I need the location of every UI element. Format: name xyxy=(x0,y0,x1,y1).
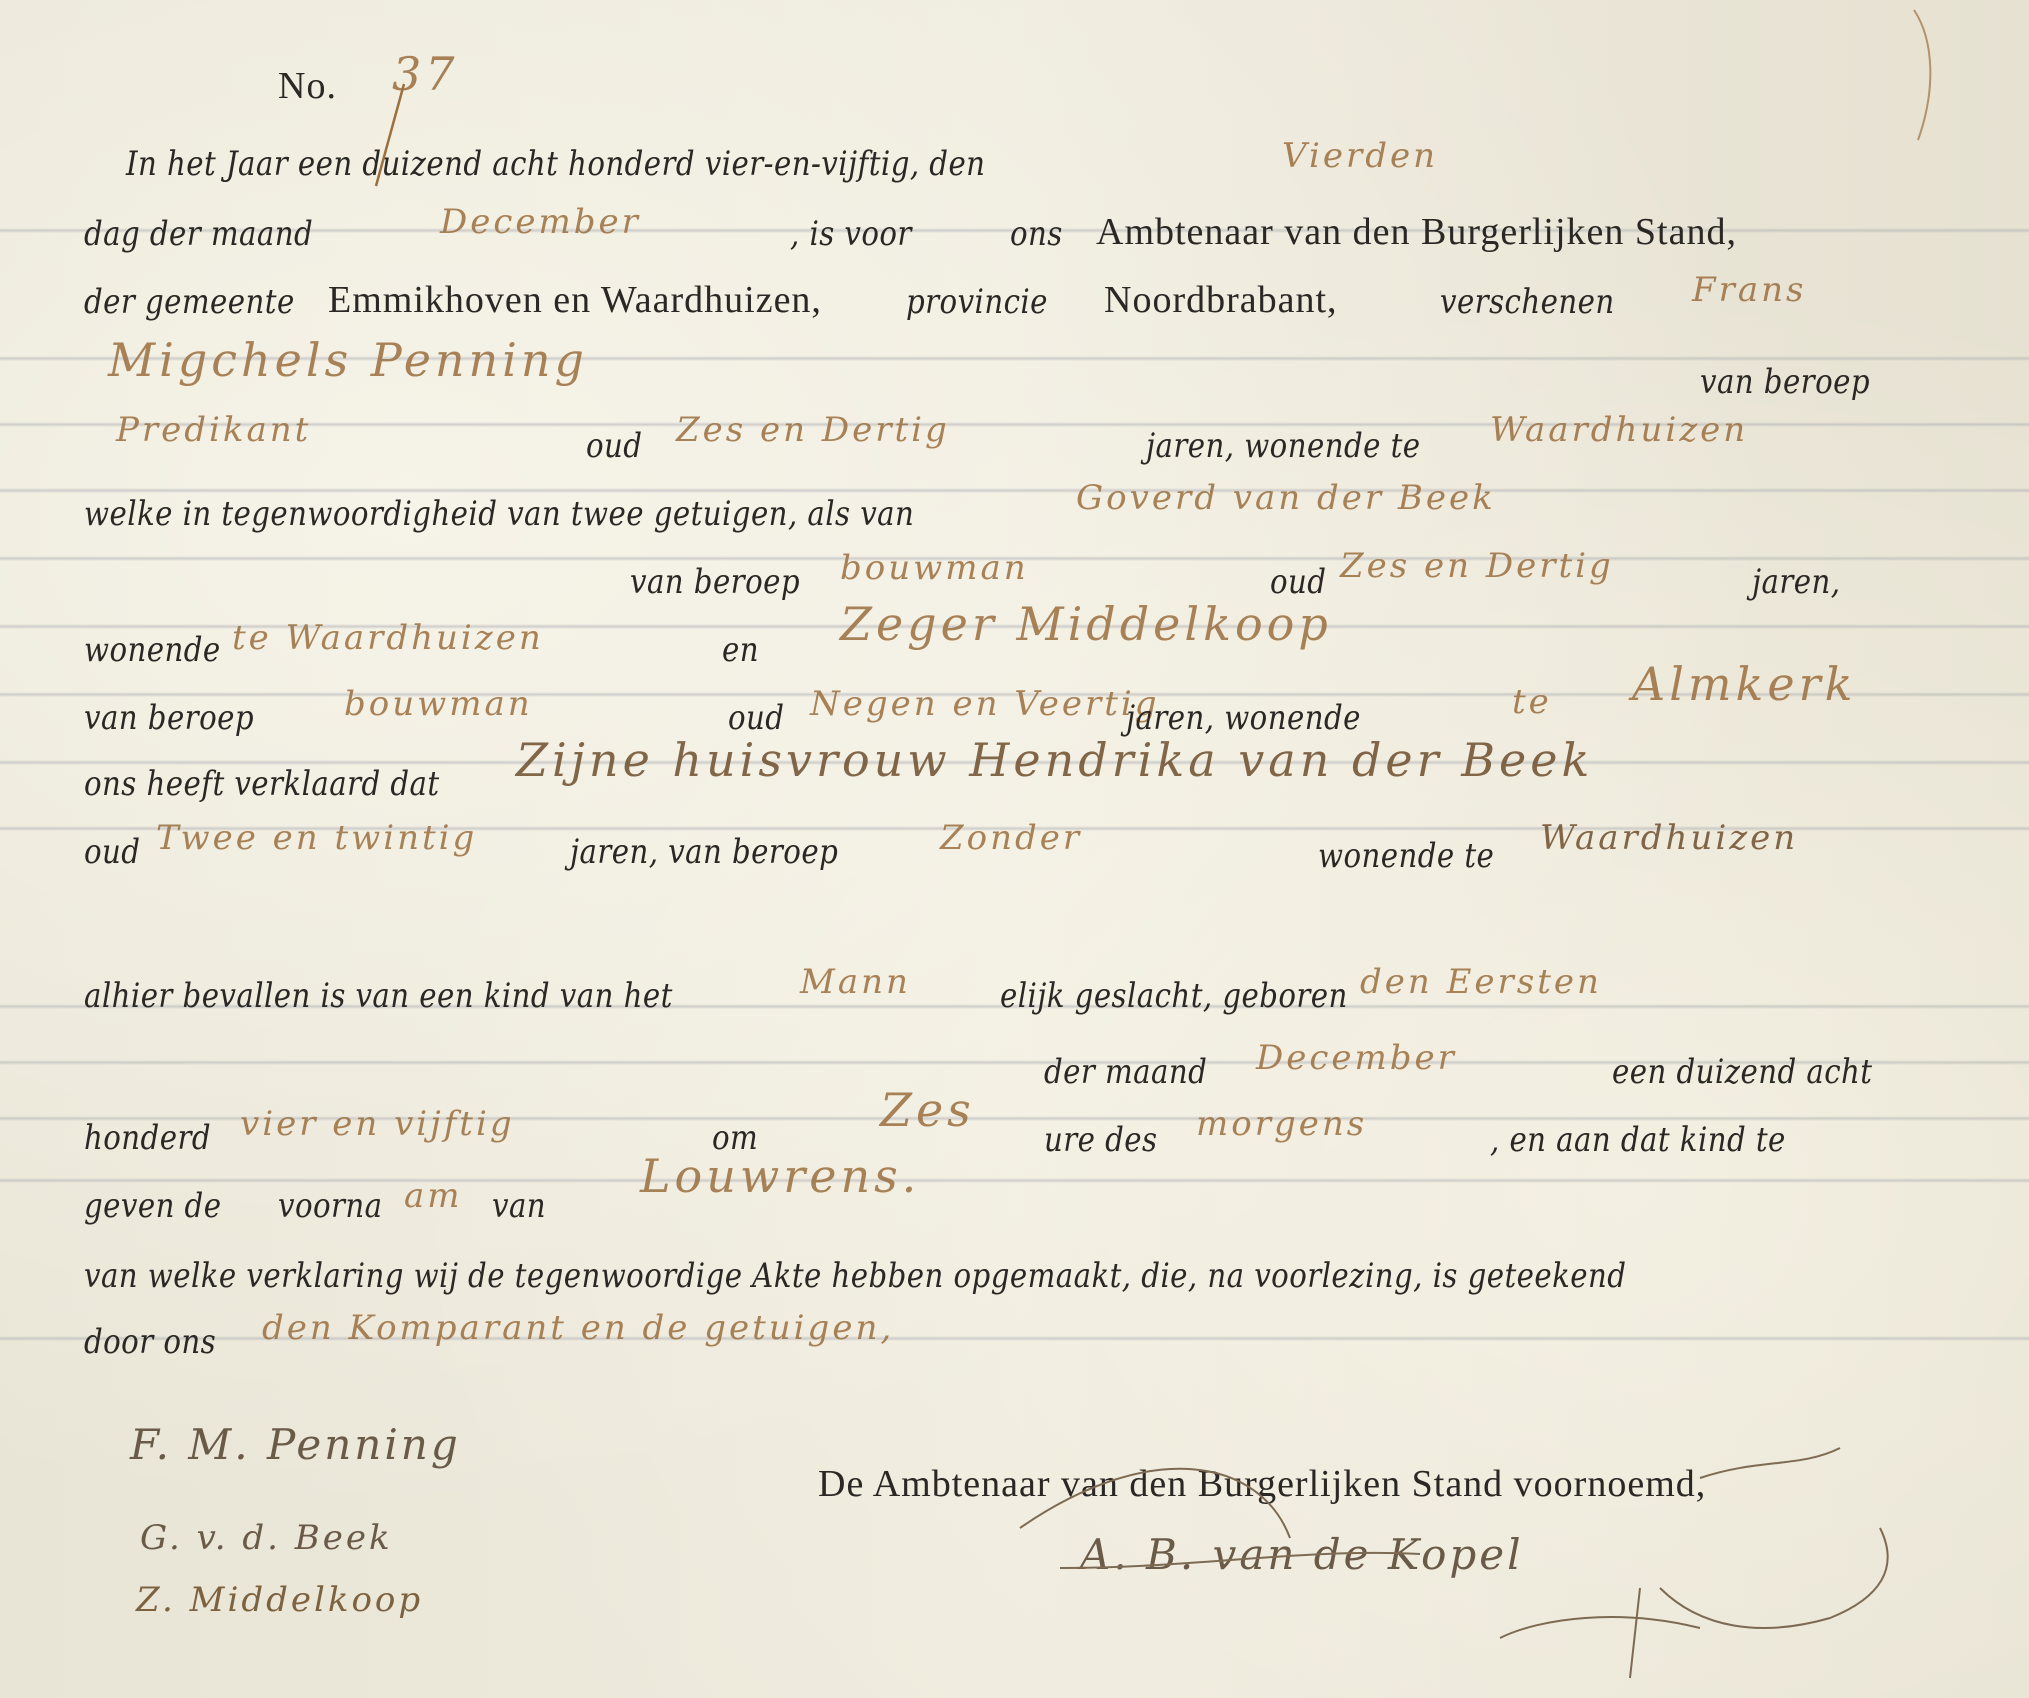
printed-text: van xyxy=(492,1186,546,1226)
hand-birth-year: vier en vijftig xyxy=(240,1104,515,1144)
printed-text: een duizend acht xyxy=(1612,1052,1872,1092)
ruled-line xyxy=(0,488,2029,493)
hand-witness1-age: Zes en Dertig xyxy=(1340,546,1614,586)
municipality-name: Emmikhoven en Waardhuizen, xyxy=(328,280,822,320)
printed-text: geven de xyxy=(84,1186,221,1226)
signature-father: F. M. Penning xyxy=(130,1420,461,1469)
printed-text: Ambtenaar van den Burgerlijken Stand, xyxy=(1096,212,1737,252)
printed-text: door ons xyxy=(84,1322,216,1362)
printed-text: , is voor xyxy=(790,214,912,254)
hand-birth-daypart: morgens xyxy=(1196,1104,1367,1144)
printed-text: , en aan dat kind te xyxy=(1490,1120,1786,1160)
printed-text: en xyxy=(722,630,759,670)
printed-text: verschenen xyxy=(1440,282,1615,322)
printed-text: van beroep xyxy=(1700,362,1870,402)
hand-father-first-name: Frans xyxy=(1692,270,1806,310)
printed-text: jaren, van beroep xyxy=(570,832,838,872)
hand-am-suffix: am xyxy=(404,1176,463,1216)
printed-text: jaren, wonende xyxy=(1126,698,1361,738)
record-number-label: No. xyxy=(278,66,337,106)
printed-text: oud xyxy=(1270,562,1326,602)
hand-mother-age: Twee en twintig xyxy=(156,818,477,858)
hand-witness2-residence: Almkerk xyxy=(1632,664,1857,704)
signature-flourish-icon xyxy=(1000,1378,2000,1698)
signature-witness2: Z. Middelkoop xyxy=(136,1580,423,1620)
printed-text: oud xyxy=(586,426,642,466)
printed-text: van beroep xyxy=(630,562,800,602)
pen-stroke-icon xyxy=(370,80,410,190)
printed-text: elijk geslacht, geboren xyxy=(1000,976,1348,1016)
hand-birth-hour: Zes xyxy=(880,1090,975,1130)
hand-witness2-occupation: bouwman xyxy=(344,684,533,724)
printed-text: In het Jaar een duizend acht honderd vie… xyxy=(126,144,985,184)
hand-mother-name: Zijne huisvrouw Hendrika van der Beek xyxy=(516,740,1593,780)
hand-birth-day: den Eersten xyxy=(1360,962,1602,1002)
printed-text: oud xyxy=(84,832,140,872)
printed-text: der maand xyxy=(1044,1052,1207,1092)
hand-witness1-name: Goverd van der Beek xyxy=(1076,478,1496,518)
hand-witness2-name: Zeger Middelkoop xyxy=(840,604,1332,644)
hand-father-age: Zes en Dertig xyxy=(676,410,950,450)
printed-text: der gemeente xyxy=(84,282,295,322)
printed-text: voorna xyxy=(278,1186,383,1226)
province-name: Noordbrabant, xyxy=(1104,280,1338,320)
hand-birth-month: December xyxy=(1256,1038,1457,1078)
printed-text: dag der maand xyxy=(84,214,313,254)
printed-text: honderd xyxy=(84,1118,211,1158)
hand-signed-by: den Komparant en de getuigen, xyxy=(262,1308,894,1348)
hand-te: te xyxy=(1512,682,1552,722)
hand-day-of-declaration: Vierden xyxy=(1282,136,1438,176)
printed-text: jaren, wonende te xyxy=(1146,426,1420,466)
hand-father-surname: Migchels Penning xyxy=(108,340,588,380)
hand-month-of-declaration: December xyxy=(440,202,641,242)
hand-mother-occupation: Zonder xyxy=(940,818,1082,858)
hand-mother-residence: Waardhuizen xyxy=(1540,818,1798,858)
pen-stroke-icon xyxy=(1906,0,1946,150)
hand-child-sex: Mann xyxy=(800,962,911,1002)
printed-text: oud xyxy=(728,698,784,738)
printed-text: welke in tegenwoordigheid van twee getui… xyxy=(84,494,914,534)
printed-text: ons xyxy=(1010,214,1063,254)
hand-witness1-occupation: bouwman xyxy=(840,548,1029,588)
hand-witness1-residence: te Waardhuizen xyxy=(232,618,544,658)
printed-text: van beroep xyxy=(84,698,254,738)
signature-witness1: G. v. d. Beek xyxy=(140,1518,393,1558)
hand-father-residence: Waardhuizen xyxy=(1490,410,1748,450)
printed-text: ons heeft verklaard dat xyxy=(84,764,440,804)
printed-text: ure des xyxy=(1044,1120,1157,1160)
ruled-line xyxy=(0,1178,2029,1183)
hand-witness2-age: Negen en Veertig xyxy=(810,684,1160,724)
printed-text: provincie xyxy=(906,282,1048,322)
printed-text: jaren, xyxy=(1752,562,1840,602)
hand-child-first-name: Louwrens. xyxy=(640,1156,920,1196)
printed-text: van welke verklaring wij de tegenwoordig… xyxy=(84,1256,1626,1296)
printed-text: wonende te xyxy=(1318,836,1494,876)
printed-text: wonende xyxy=(84,630,221,670)
hand-father-occupation: Predikant xyxy=(116,410,311,450)
printed-text: alhier bevallen is van een kind van het xyxy=(84,976,673,1016)
